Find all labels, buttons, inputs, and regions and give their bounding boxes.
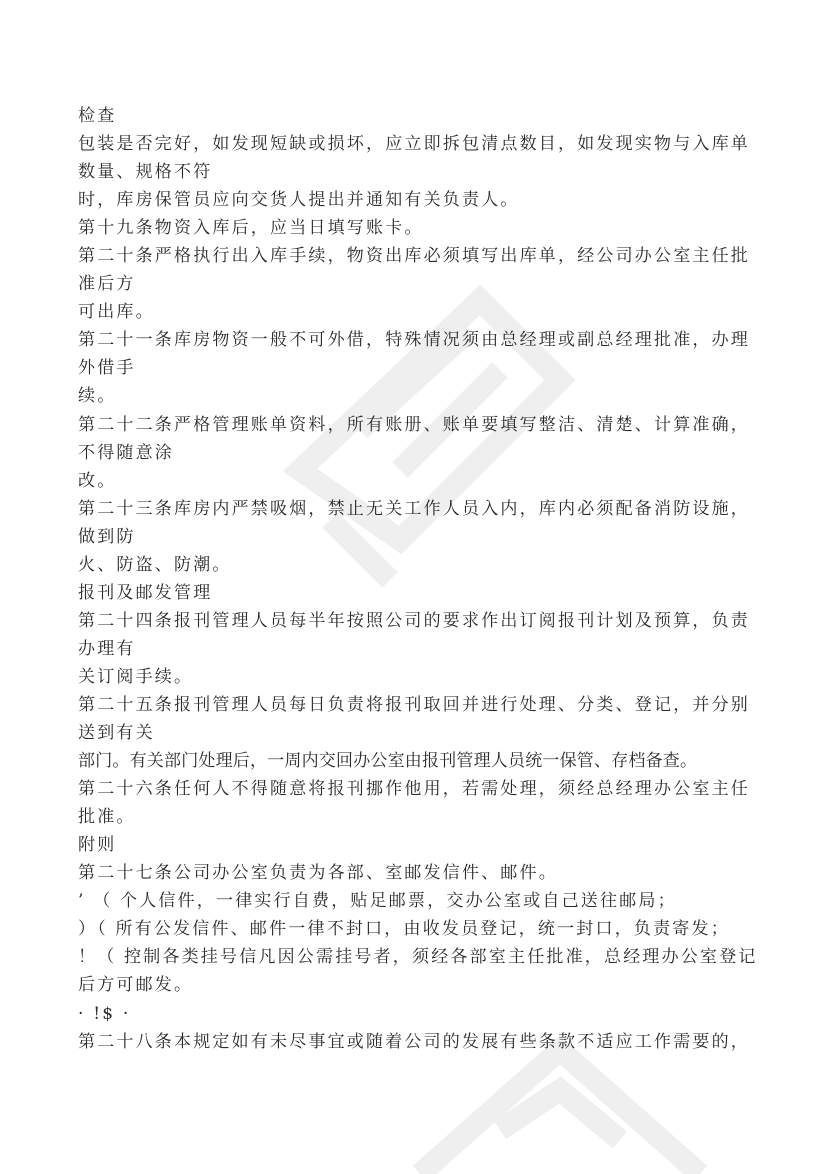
section-heading: 报刊及邮发管理 — [78, 579, 768, 607]
text-line: 做到防 — [78, 523, 768, 551]
text-line: 第二十三条库房内严禁吸烟，禁止无关工作人员入内，库内必须配备消防设施， — [78, 495, 768, 523]
text-line: 后方可邮发。 — [78, 971, 768, 999]
text-line: 外借手 — [78, 354, 768, 382]
text-line: 第二十六条任何人不得随意将报刊挪作他用，若需处理，须经总经理办公室主任 — [78, 775, 768, 803]
text-line: 可出库。 — [78, 298, 768, 326]
text-line: 续。 — [78, 382, 768, 410]
text-line: 准后方 — [78, 270, 768, 298]
text-line: 送到有关 — [78, 719, 768, 747]
text-line: 改。 — [78, 467, 768, 495]
text-line: 不得随意涂 — [78, 439, 768, 467]
text-line: 检查 — [78, 102, 768, 130]
text-line: 第二十二条严格管理账单资料，所有账册、账单要填写整洁、清楚、计算准确， — [78, 411, 768, 439]
text-line: 批准。 — [78, 803, 768, 831]
text-line: ’ （ 个人信件，一律实行自费，贴足邮票，交办公室或自己送往邮局； — [78, 887, 768, 915]
text-line: 第二十五条报刊管理人员每日负责将报刊取回并进行处理、分类、登记，并分别 — [78, 691, 768, 719]
text-line: 包装是否完好，如发现短缺或损坏，应立即拆包清点数目，如发现实物与入库单 — [78, 130, 768, 158]
text-line: 第二十四条报刊管理人员每半年按照公司的要求作出订阅报刊计划及预算，负责 — [78, 607, 768, 635]
text-line: 数量、规格不符 — [78, 158, 768, 186]
text-line: · !$ · — [78, 1000, 768, 1028]
text-line: 关订阅手续。 — [78, 663, 768, 691]
text-line: 时，库房保管员应向交货人提出并通知有关负责人。 — [78, 186, 768, 214]
text-line: 第二十条严格执行出入库手续，物资出库必须填写出库单，经公司办公室主任批 — [78, 242, 768, 270]
text-line: 第二十一条库房物资一般不可外借，特殊情况须由总经理或副总经理批准，办理 — [78, 326, 768, 354]
text-line: 第十九条物资入库后，应当日填写账卡。 — [78, 214, 768, 242]
text-line: ）（ 所有公发信件、邮件一律不封口，由收发员登记，统一封口，负责寄发； — [78, 915, 768, 943]
text-line: 第二十八条本规定如有未尽事宜或随着公司的发展有些条款不适应工作需要的， — [78, 1028, 768, 1056]
text-line: 第二十七条公司办公室负责为各部、室邮发信件、邮件。 — [78, 859, 768, 887]
text-line: ！（ 控制各类挂号信凡因公需挂号者，须经各部室主任批准，总经理办公室登记 — [78, 943, 768, 971]
text-line: 办理有 — [78, 635, 768, 663]
section-heading: 附则 — [78, 831, 768, 859]
document-body: 检查 包装是否完好，如发现短缺或损坏，应立即拆包清点数目，如发现实物与入库单 数… — [78, 102, 768, 1056]
text-line: 火、防盗、防潮。 — [78, 551, 768, 579]
text-line: 部门。有关部门处理后，一周内交回办公室由报刊管理人员统一保管、存档备查。 — [78, 747, 768, 775]
